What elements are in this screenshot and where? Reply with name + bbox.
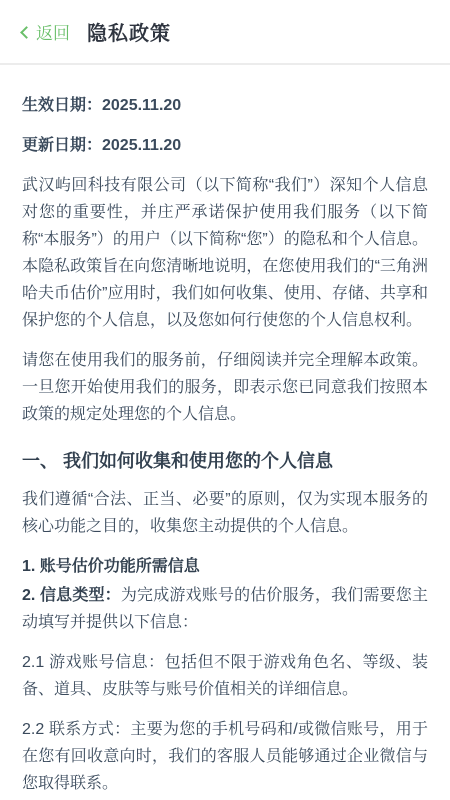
page-title: 隐私政策 [87,17,171,46]
info-type-label: 2. 信息类型： [22,587,121,604]
subsection-1-heading: 1. 账号估价功能所需信息 [22,553,428,580]
update-date: 更新日期：2025.11.20 [22,132,428,159]
header: 返回 隐私政策 [0,0,450,65]
item-2-2: 2.2 联系方式：主要为您的手机号码和/或微信账号，用于在您有回收意向时，我们的… [22,716,428,797]
chevron-left-icon [20,26,33,39]
section-1-heading: 一、 我们如何收集和使用您的个人信息 [22,446,428,476]
effective-date: 生效日期：2025.11.20 [22,92,428,119]
back-button[interactable]: 返回 [22,19,70,44]
info-type-paragraph: 2. 信息类型：为完成游戏账号的估价服务，我们需要您主动填写并提供以下信息： [22,582,428,636]
policy-scroll-area[interactable]: 生效日期：2025.11.20 更新日期：2025.11.20 武汉屿回科技有限… [0,65,450,800]
intro-paragraph-1: 武汉屿回科技有限公司（以下简称“我们”）深知个人信息对您的重要性，并庄严承诺保护… [22,172,428,334]
intro-paragraph-2: 请您在使用我们的服务前，仔细阅读并完全理解本政策。一旦您开始使用我们的服务，即表… [22,347,428,428]
section-1-principle: 我们遵循“合法、正当、必要”的原则，仅为实现本服务的核心功能之目的，收集您主动提… [22,486,428,540]
item-2-1: 2.1 游戏账号信息：包括但不限于游戏角色名、等级、装备、道具、皮肤等与账号价值… [22,649,428,703]
back-label: 返回 [36,19,70,44]
